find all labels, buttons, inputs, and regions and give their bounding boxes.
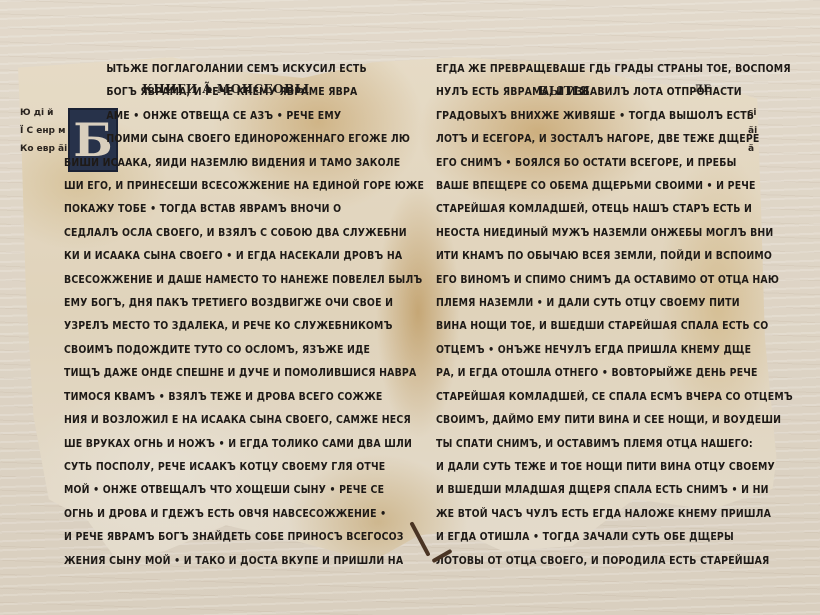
text-line: НУЛЪ ЕСТЬ ЯВРАМА, И ИЗБАВИЛЪ ЛОТА ОТПРОП…: [436, 81, 793, 104]
text-line: ТИМОСЯ КВАМЪ • ВЗЯЛЪ ТЕЖЕ И ДРОВА ВСЕГО …: [64, 386, 424, 409]
text-line: КИ И ИСААКА СЫНА СВОЕГО • И ЕГДА НАСЕКАЛ…: [64, 245, 424, 268]
text-line: ШЕ ВРУКАХ ОГНЬ И НОЖЪ • И ЕГДА ТОЛИКО СА…: [64, 433, 424, 456]
text-line: ПОКАЖУ ТОБЕ • ТОГДА ВСТАВ ЯВРАМЪ ВНОЧИ О: [64, 198, 424, 221]
text-line: ЫТЬЖЕ ПОГЛАГОЛАНИИ СЕМЪ ИСКУСИЛ ЕСТЬ: [64, 58, 424, 81]
text-line: ГРАДОВЫХЪ ВНИХЖЕ ЖИВЯШЕ • ТОГДА ВЫШОЛЪ Е…: [436, 105, 793, 128]
text-line: ПЛЕМЯ НАЗЕМЛИ • И ДАЛИ СУТЬ ОТЦУ СВОЕМУ …: [436, 292, 793, 315]
text-line: ИТИ КНАМЪ ПО ОБЫЧАЮ ВСЕЯ ЗЕМЛИ, ПОЙДИ И …: [436, 245, 793, 268]
margin-note: Ї С енр м: [20, 122, 67, 140]
text-line: ЕГО СНИМЪ • БОЯЛСЯ БО ОСТАТИ ВСЕГОРЕ, И …: [436, 152, 793, 175]
text-line: ВИНА НОЩИ ТОЕ, И ВШЕДШИ СТАРЕЙШАЯ СПАЛА …: [436, 315, 793, 338]
text-line: ТЫ СПАТИ СНИМЪ, И ОСТАВИМЪ ПЛЕМЯ ОТЦА НА…: [436, 433, 793, 456]
left-text-column: ЫТЬЖЕ ПОГЛАГОЛАНИИ СЕМЪ ИСКУСИЛ ЕСТЬ БОГ…: [64, 58, 424, 573]
text-line: ЛОТОВЫ ОТ ОТЦА СВОЕГО, И ПОРОДИЛА ЕСТЬ С…: [436, 550, 793, 573]
text-line: НЕОСТА НИЕДИНЫЙ МУЖЪ НАЗЕМЛИ ОНЖЕБЫ МОГЛ…: [436, 222, 793, 245]
text-line: РА, И ЕГДА ОТОШЛА ОТНЕГО • ВОВТОРЫЙЖЕ ДЕ…: [436, 362, 793, 385]
text-line: ЖЕ ВТОЙ ЧАСЪ ЧУЛЪ ЕСТЬ ЕГДА НАЛОЖЕ КНЕМУ…: [436, 503, 793, 526]
text-line: ЛОТЪ И ЕСЕГОРА, И ЗОСТАЛЪ НАГОРЕ, ДВЕ ТЕ…: [436, 128, 793, 151]
text-line: СТАРЕЙШАЯ КОМЛАДШЕЙ, СЕ СПАЛА ЕСМЪ ВЧЕРА…: [436, 386, 793, 409]
text-line: ВАШЕ ВПЕЩЕРЕ СО ОБЕМА ДЩЕРЬМИ СВОИМИ • И…: [436, 175, 793, 198]
text-line: И ДАЛИ СУТЬ ТЕЖЕ И ТОЕ НОЩИ ПИТИ ВИНА ОТ…: [436, 456, 793, 479]
text-line: МОЙ • ОНЖЕ ОТВЕЩАЛЪ ЧТО ХОЩЕШИ СЫНУ • РЕ…: [64, 479, 424, 502]
text-line: ШИ ЕГО, И ПРИНЕСЕШИ ВСЕСОЖЖЕНИЕ НА ЕДИНО…: [64, 175, 424, 198]
text-line: ЖЕНИЯ СЫНУ МОЙ • И ТАКО И ДОСТА ВКУПЕ И …: [64, 550, 424, 573]
text-line: СТАРЕЙШАЯ КОМЛАДШЕЙ, ОТЕЦЬ НАШЪ СТАРЪ ЕС…: [436, 198, 793, 221]
text-line: ЕМУ БОГЪ, ДНЯ ПАКЪ ТРЕТИЕГО ВОЗДВИГЖЕ ОЧ…: [64, 292, 424, 315]
text-line: ПОИМИ СЫНА СВОЕГО ЕДИНОРОЖЕННАГО ЕГОЖЕ Л…: [64, 128, 424, 151]
text-line: БОГЪ ЯВРАМА, И РЕЧЕ КНЕМУ ЯВРАМЕ ЯВРА: [64, 81, 424, 104]
margin-note: Ю ді й: [20, 104, 67, 122]
text-line: ВСЕСОЖЖЕНИЕ И ДАШЕ НАМЕСТО ТО НАНЕЖЕ ПОВ…: [64, 269, 424, 292]
text-line: НИЯ И ВОЗЛОЖИЛ Е НА ИСААКА СЫНА СВОЕГО, …: [64, 409, 424, 432]
text-line: ОТЦЕМЪ • ОНЪЖЕ НЕЧУЛЪ ЕГДА ПРИШЛА КНЕМУ …: [436, 339, 793, 362]
left-margin-notes: Ю ді й Ї С енр м Ко евр ãі: [20, 104, 67, 158]
text-line: СВОИМЪ ПОДОЖДИТЕ ТУТО СО ОСЛОМЪ, ЯЗЪЖЕ И…: [64, 339, 424, 362]
text-line: СВОИМЪ, ДАЙМО ЕМУ ПИТИ ВИНА И СЕЕ НОЩИ, …: [436, 409, 793, 432]
text-line: ТИЩЪ ДАЖЕ ОНДЕ СПЕШНЕ И ДУЧЕ И ПОМОЛИВШИ…: [64, 362, 424, 385]
text-line: И ЕГДА ОТИШЛА • ТОГДА ЗАЧАЛИ СУТЬ ОБЕ ДЩ…: [436, 526, 793, 549]
text-line: И РЕЧЕ ЯВРАМЪ БОГЪ ЗНАЙДЕТЬ СОБЕ ПРИНОСЪ…: [64, 526, 424, 549]
text-line: УЗРЕЛЪ МЕСТО ТО ЗДАЛЕКА, И РЕЧЕ КО СЛУЖЕ…: [64, 315, 424, 338]
margin-note: Ко евр ãі: [20, 140, 67, 158]
text-line: ЕГДА ЖЕ ПРЕВРАЩЕВАШЕ ГДЬ ГРАДЫ СТРАНЫ ТО…: [436, 58, 793, 81]
text-line: ЕГО ВИНОМЪ И СПИМО СНИМЪ ДА ОСТАВИМО ОТ …: [436, 269, 793, 292]
text-line: СУТЬ ПОСПОЛУ, РЕЧЕ ИСААКЪ КОТЦУ СВОЕМУ Г…: [64, 456, 424, 479]
text-line: АМЕ • ОНЖЕ ОТВЕЩА СЕ АЗЪ • РЕЧЕ ЕМУ: [64, 105, 424, 128]
text-line: БИШИ ИСААКА, ЯИДИ НАЗЕМЛЮ ВИДЕНИЯ И ТАМО…: [64, 152, 424, 175]
text-line: СЕДЛАЛЪ ОСЛА СВОЕГО, И ВЗЯЛЪ С СОБОЮ ДВА…: [64, 222, 424, 245]
text-line: И ВШЕДШИ МЛАДШАЯ ДЩЕРЯ СПАЛА ЕСТЬ СНИМЪ …: [436, 479, 793, 502]
text-line: ОГНЬ И ДРОВА И ГДЕЖЪ ЕСТЬ ОВЧЯ НАВСЕСОЖЖ…: [64, 503, 424, 526]
right-text-column: ЕГДА ЖЕ ПРЕВРАЩЕВАШЕ ГДЬ ГРАДЫ СТРАНЫ ТО…: [436, 58, 793, 573]
